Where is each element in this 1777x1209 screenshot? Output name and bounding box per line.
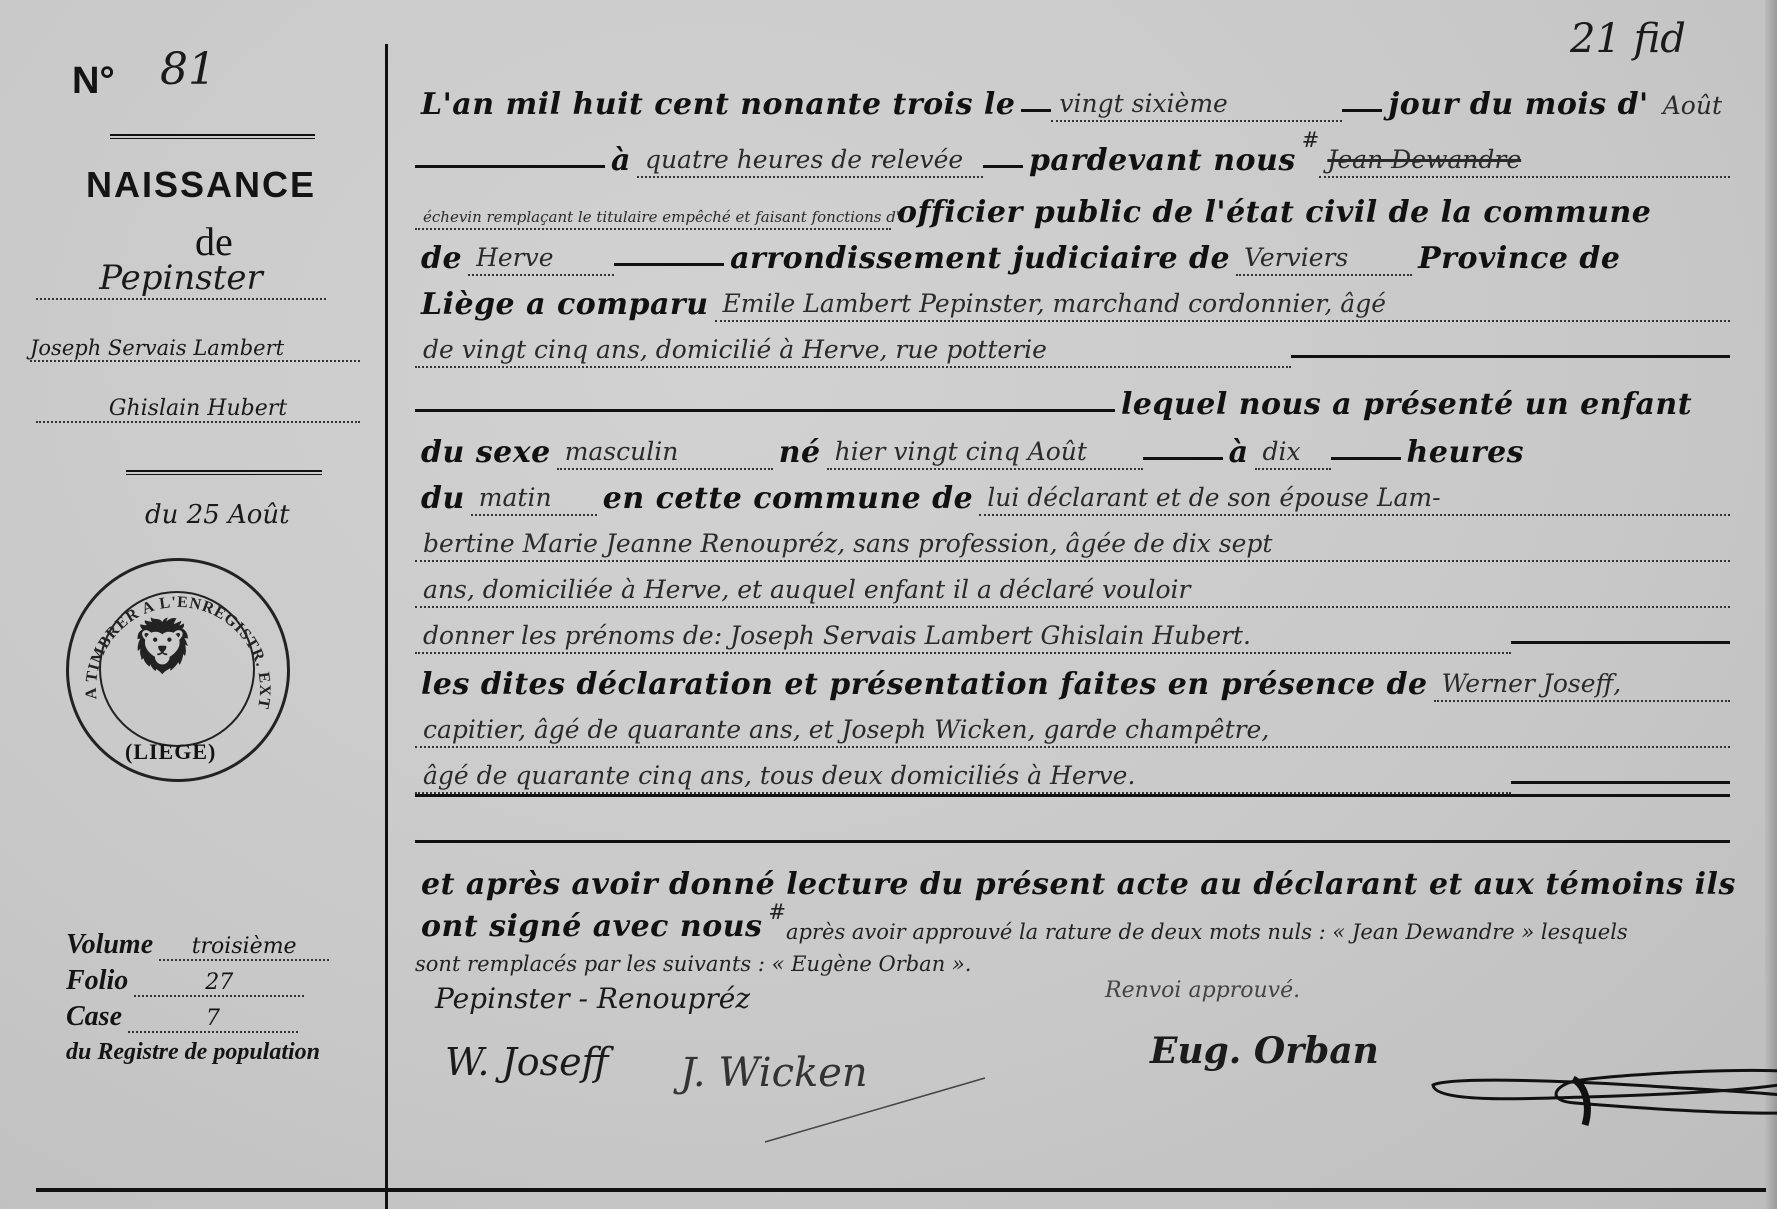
birth-date: du 25 Août [145,500,290,530]
printed-text: né [773,435,827,470]
child-given-names-1: Joseph Servais Lambert [30,336,360,362]
lion-icon: 🦁︎ [127,613,198,679]
day-field: vingt sixième [1051,89,1342,122]
blank-rule [1511,641,1730,644]
month-field: Août [1655,91,1730,122]
section-rule [415,840,1730,843]
record-type-heading: NAISSANCE [86,164,316,206]
printed-text: heures [1401,435,1531,470]
renvoi-approved: Renvoi approuvé. [1105,978,1300,1003]
signature-witness-1: W. Joseff [445,1040,609,1084]
folio-row: Folio 27 [66,961,329,997]
blank-rule [415,409,1115,412]
volume-value: troisième [159,934,329,961]
document-page: N° 81 NAISSANCE de Pepinster Joseph Serv… [0,0,1777,1209]
printed-text: en cette commune de [597,481,979,516]
act-line-9: du matin en cette commune de lui déclara… [415,466,1730,516]
act-line-14: capitier, âgé de quarante ans, et Joseph… [415,698,1730,748]
folio-annotation: 21 fid [1570,16,1686,62]
closing-line-2: ont signé avec nous # après avoir approu… [415,900,1730,944]
act-line-11: ans, domiciliée à Herve, et auquel enfan… [415,558,1730,608]
signature-underline [755,1070,995,1150]
printed-text: L'an mil huit cent nonante trois le [415,87,1021,122]
printed-text: du [415,481,471,516]
signature-declarant: Pepinster - Renoupréz [435,982,750,1015]
blank-rule [1143,457,1223,460]
printed-text: à [605,143,637,178]
blank-rule [415,165,605,168]
volume-row: Volume troisième [66,925,329,961]
act-line-6: de vingt cinq ans, domicilié à Herve, ru… [415,318,1730,368]
margin-divider-line [385,44,388,1209]
printed-text: du sexe [415,435,557,470]
population-register-ref: Volume troisième Folio 27 Case 7 du Regi… [66,925,329,1066]
entry-number: 81 [160,44,216,95]
act-line-2: à quatre heures de relevée pardevant nou… [415,128,1730,178]
witness-residence-field: âgé de quarante cinq ans, tous deux domi… [415,761,1511,794]
printed-text: Liège a comparu [415,287,715,322]
printed-text: Province de [1412,241,1626,276]
blank-rule [1331,457,1401,460]
divider [110,134,315,139]
folio-value: 27 [134,970,304,997]
act-line-4: de Herve arrondissement judiciaire de Ve… [415,226,1730,276]
volume-label: Volume [66,929,153,961]
blank-rule [614,263,724,266]
replacement-note: sont remplacés par les suivants : « Eugè… [415,952,971,976]
printed-text: jour du mois d' [1382,87,1654,122]
act-line-7: lequel nous a présenté un enfant [415,372,1730,422]
blank-rule [1021,109,1051,112]
printed-text: arrondissement judiciaire de [724,241,1236,276]
struck-officer-name: Jean Dewandre [1319,145,1730,178]
printed-text: les dites déclaration et présentation fa… [415,667,1434,702]
blank-rule [1511,781,1730,784]
case-value: 7 [128,1006,298,1033]
act-line-12: donner les prénoms de: Joseph Servais La… [415,604,1730,654]
printed-text: ont signé avec nous [415,909,768,944]
child-names-field: donner les prénoms de: Joseph Servais La… [415,621,1511,654]
signature-officer: Eug. Orban [1150,1030,1379,1072]
hour-field: quatre heures de relevée [637,145,983,178]
printed-text: pardevant nous [1023,143,1302,178]
closing-line-1: et après avoir donné lecture du présent … [415,852,1730,902]
case-label: Case [66,1001,122,1033]
number-label: N° [72,60,115,103]
divider [126,470,322,475]
margin-column: N° 81 NAISSANCE de Pepinster Joseph Serv… [0,0,380,1209]
child-given-names-2: Ghislain Hubert [36,396,360,423]
signature-flourish [1425,1045,1777,1135]
act-line-8: du sexe masculin né hier vingt cinq Août… [415,420,1730,470]
tax-stamp: A TIMBRER A L'ENREGISTR. EXTRAORDINAIRE … [66,558,290,782]
blank-rule [983,165,1023,168]
insertion-mark: # [1302,128,1320,152]
act-line-3: échevin remplaçant le titulaire empêché … [415,180,1730,230]
case-row: Case 7 [66,997,329,1033]
printed-text: officier public de l'état civil de la co… [891,195,1657,230]
stamp-city: (LIEGE) [125,739,216,765]
registry-footer: du Registre de population [66,1039,329,1066]
declarant-age-residence: de vingt cinq ans, domicilié à Herve, ru… [415,335,1291,368]
act-line-1: L'an mil huit cent nonante trois le ving… [415,72,1730,122]
page-edge [1765,0,1777,1209]
act-line-13: les dites déclaration et présentation fa… [415,652,1730,702]
act-line-5: Liège a comparu Emile Lambert Pepinster,… [415,272,1730,322]
printed-text: lequel nous a présenté un enfant [1115,387,1698,422]
child-surname: Pepinster [36,258,326,300]
closing-line-3: sont remplacés par les suivants : « Eugè… [415,940,1730,976]
section-rule [415,794,1730,797]
act-body: 21 fid L'an mil huit cent nonante trois … [395,0,1765,1209]
blank-rule [1291,355,1730,358]
act-line-15: âgé de quarante cinq ans, tous deux domi… [415,744,1730,794]
folio-label: Folio [66,965,128,997]
printed-text: à [1223,435,1255,470]
printed-text: de [415,241,468,276]
act-line-10: bertine Marie Jeanne Renoupréz, sans pro… [415,512,1730,562]
printed-text: et après avoir donné lecture du présent … [415,867,1742,902]
page-bottom-rule [36,1188,1766,1192]
insertion-mark: # [768,900,786,924]
blank-rule [1342,109,1382,112]
